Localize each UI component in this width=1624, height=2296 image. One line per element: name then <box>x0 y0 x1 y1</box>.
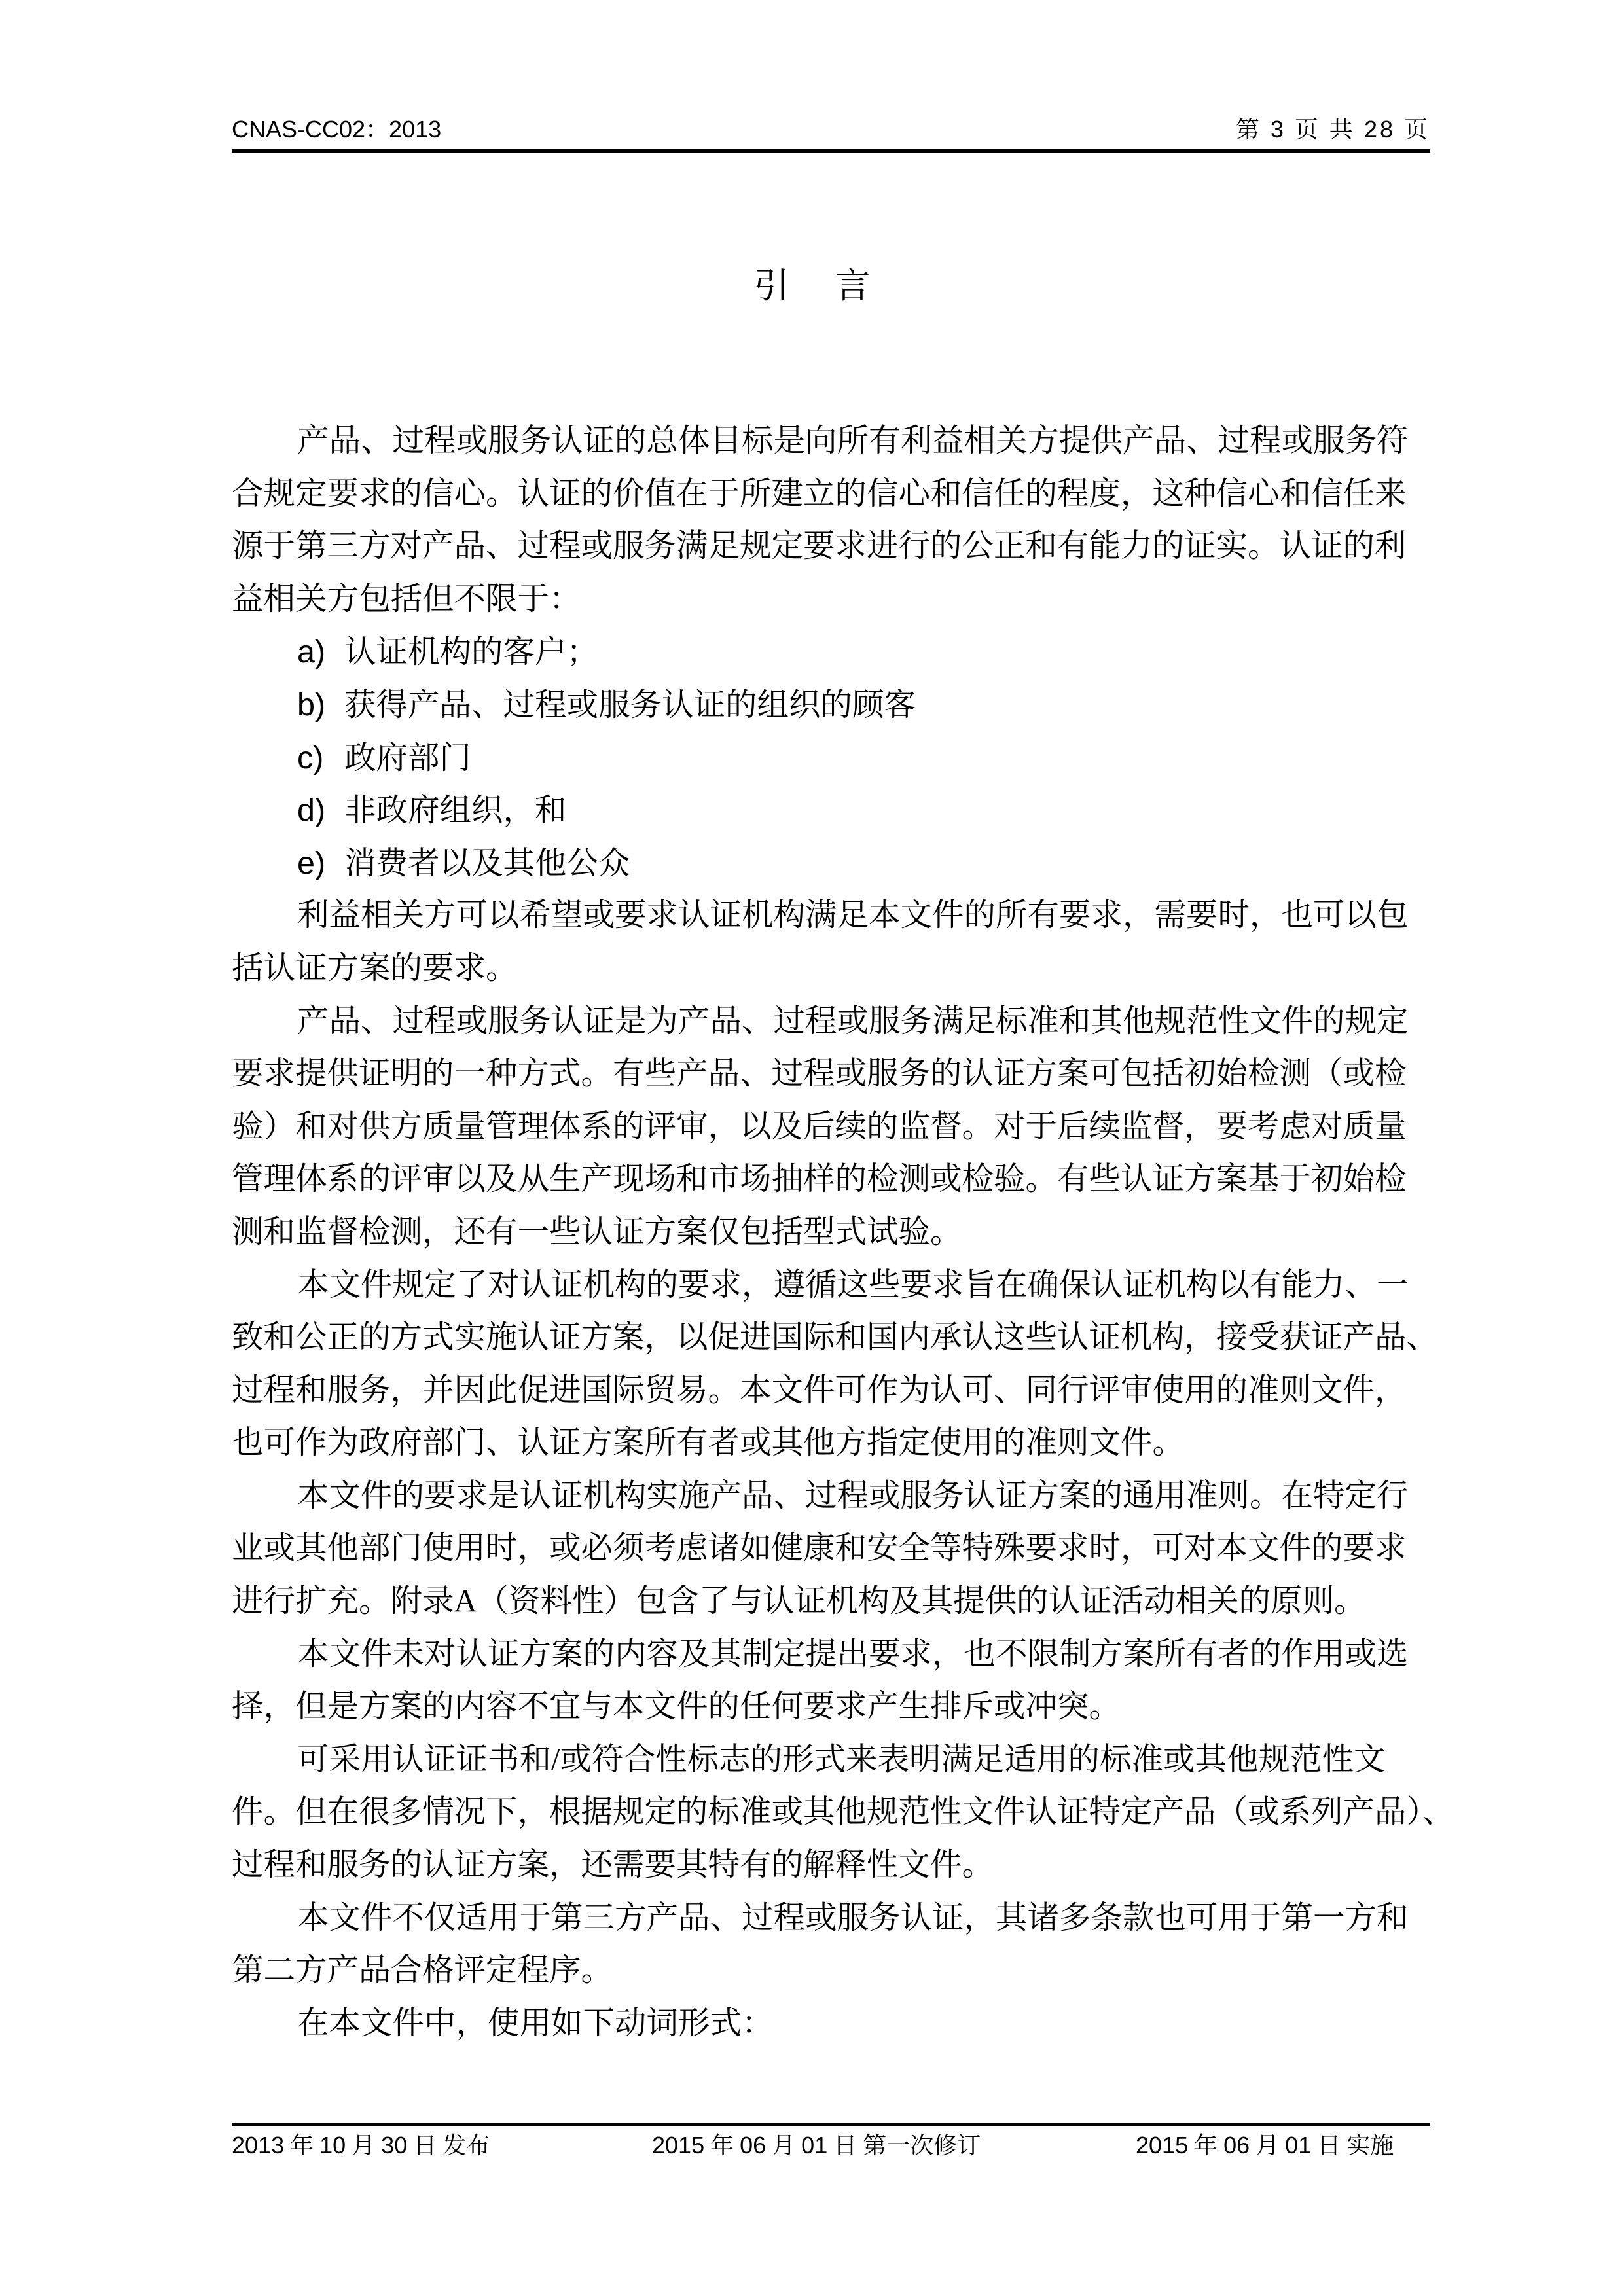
footer-issued-date: 2013 年 10 月 30 日 发布 <box>232 2130 490 2161</box>
text-line: 在本文件中，使用如下动词形式： <box>232 1998 1430 2051</box>
line-text: 进行扩充。附录A（资料性）包含了与认证机构及其提供的认证活动相关的原则。 <box>232 1584 1366 1619</box>
line-text: 产品、过程或服务认证的总体目标是向所有利益相关方提供产品、过程或服务符 <box>297 423 1409 458</box>
list-marker: a) <box>297 626 344 679</box>
header-rule <box>232 149 1430 153</box>
text-line: 利益相关方可以希望或要求认证机构满足本文件的所有要求，需要时，也可以包 <box>232 889 1430 942</box>
text-line: 第二方产品合格评定程序。 <box>232 1945 1430 1998</box>
text-line: 本文件不仅适用于第三方产品、过程或服务认证，其诸多条款也可用于第一方和 <box>232 1892 1430 1945</box>
page-mid: 页 共 <box>1295 117 1356 143</box>
text-line: 可采用认证证书和/或符合性标志的形式来表明满足适用的标准或其他规范性文 <box>232 1734 1430 1787</box>
line-text: 本文件未对认证方案的内容及其制定提出要求，也不限制方案所有者的作用或选 <box>297 1637 1409 1672</box>
line-text: 本文件不仅适用于第三方产品、过程或服务认证，其诸多条款也可用于第一方和 <box>297 1901 1409 1935</box>
line-text: 验）和对供方质量管理体系的评审，以及后续的监督。对于后续监督，要考虑对质量 <box>232 1109 1407 1144</box>
text-line: 过程和服务的认证方案，还需要其特有的解释性文件。 <box>232 1839 1430 1892</box>
line-text: 非政府组织，和 <box>344 793 567 828</box>
text-line: 本文件规定了对认证机构的要求，遵循这些要求旨在确保认证机构以有能力、一 <box>232 1259 1430 1312</box>
text-line: 也可作为政府部门、认证方案所有者或其他方指定使用的准则文件。 <box>232 1417 1430 1470</box>
footer-effective-date: 2015 年 06 月 01 日 实施 <box>1136 2130 1394 2161</box>
footer-issued-label: 发布 <box>442 2132 490 2159</box>
document-code: CNAS-CC02：2013 <box>232 115 441 144</box>
text-line: 管理体系的评审以及从生产现场和市场抽样的检测或检验。有些认证方案基于初始检 <box>232 1153 1430 1206</box>
line-text: 本文件规定了对认证机构的要求，遵循这些要求旨在确保认证机构以有能力、一 <box>297 1268 1409 1302</box>
line-text: 管理体系的评审以及从生产现场和市场抽样的检测或检验。有些认证方案基于初始检 <box>232 1162 1407 1196</box>
line-text: 源于第三方对产品、过程或服务满足规定要求进行的公正和有能力的证实。认证的利 <box>232 529 1407 564</box>
text-line: 本文件未对认证方案的内容及其制定提出要求，也不限制方案所有者的作用或选 <box>232 1628 1430 1681</box>
line-text: 产品、过程或服务认证是为产品、过程或服务满足标准和其他规范性文件的规定 <box>297 1004 1409 1039</box>
page-current: 3 <box>1271 116 1286 143</box>
line-text: 利益相关方可以希望或要求认证机构满足本文件的所有要求，需要时，也可以包 <box>297 898 1409 933</box>
body-text: 产品、过程或服务认证的总体目标是向所有利益相关方提供产品、过程或服务符合规定要求… <box>232 415 1430 2050</box>
line-text: 业或其他部门使用时，或必须考虑诸如健康和安全等特殊要求时，可对本文件的要求 <box>232 1531 1407 1566</box>
text-line: 择，但是方案的内容不宜与本文件的任何要求产生排斥或冲突。 <box>232 1681 1430 1734</box>
list-item: b)获得产品、过程或服务认证的组织的顾客 <box>232 679 1430 732</box>
text-line: 产品、过程或服务认证是为产品、过程或服务满足标准和其他规范性文件的规定 <box>232 996 1430 1049</box>
footer-effective-label: 实施 <box>1346 2132 1394 2159</box>
list-marker: e) <box>297 837 344 890</box>
list-marker: c) <box>297 732 344 785</box>
list-item: c)政府部门 <box>232 732 1430 785</box>
list-item: a)认证机构的客户； <box>232 626 1430 679</box>
footer-revised-label: 第一次修订 <box>863 2132 981 2159</box>
page-number: 第 3 页 共 28 页 <box>1236 115 1430 144</box>
page-suffix: 页 <box>1404 117 1430 143</box>
text-line: 本文件的要求是认证机构实施产品、过程或服务认证方案的通用准则。在特定行 <box>232 1470 1430 1523</box>
text-line: 验）和对供方质量管理体系的评审，以及后续的监督。对于后续监督，要考虑对质量 <box>232 1101 1430 1154</box>
title-char-1: 引 <box>754 265 789 307</box>
line-text: 过程和服务，并因此促进国际贸易。本文件可作为认可、同行评审使用的准则文件， <box>232 1373 1407 1408</box>
text-line: 进行扩充。附录A（资料性）包含了与认证机构及其提供的认证活动相关的原则。 <box>232 1575 1430 1628</box>
text-line: 源于第三方对产品、过程或服务满足规定要求进行的公正和有能力的证实。认证的利 <box>232 520 1430 573</box>
line-text: 要求提供证明的一种方式。有些产品、过程或服务的认证方案可包括初始检测（或检 <box>232 1056 1407 1091</box>
line-text: 也可作为政府部门、认证方案所有者或其他方指定使用的准则文件。 <box>232 1426 1184 1460</box>
list-marker: b) <box>297 679 344 732</box>
line-text: 测和监督检测，还有一些认证方案仅包括型式试验。 <box>232 1215 962 1249</box>
footer-rule <box>232 2123 1430 2126</box>
list-marker: d) <box>297 784 344 837</box>
text-line: 产品、过程或服务认证的总体目标是向所有利益相关方提供产品、过程或服务符 <box>232 415 1430 468</box>
document-page: CNAS-CC02：2013 第 3 页 共 28 页 引言 产品、过程或服务认… <box>0 0 1624 2296</box>
line-text: 益相关方包括但不限于： <box>232 582 581 617</box>
text-line: 要求提供证明的一种方式。有些产品、过程或服务的认证方案可包括初始检测（或检 <box>232 1048 1430 1101</box>
line-text: 消费者以及其他公众 <box>344 846 630 881</box>
line-text: 在本文件中，使用如下动词形式： <box>297 2006 774 2041</box>
text-line: 测和监督检测，还有一些认证方案仅包括型式试验。 <box>232 1206 1430 1259</box>
section-title: 引言 <box>0 265 1624 307</box>
line-text: 第二方产品合格评定程序。 <box>232 1953 613 1988</box>
line-text: 本文件的要求是认证机构实施产品、过程或服务认证方案的通用准则。在特定行 <box>297 1479 1409 1513</box>
text-line: 致和公正的方式实施认证方案，以促进国际和国内承认这些认证机构，接受获证产品、 <box>232 1312 1430 1365</box>
line-text: 过程和服务的认证方案，还需要其特有的解释性文件。 <box>232 1848 994 1882</box>
line-text: 合规定要求的信心。认证的价值在于所建立的信心和信任的程度，这种信心和信任来 <box>232 476 1407 511</box>
line-text: 择，但是方案的内容不宜与本文件的任何要求产生排斥或冲突。 <box>232 1689 1121 1724</box>
footer-revised-date: 2015 年 06 月 01 日 第一次修订 <box>652 2130 981 2161</box>
page-total: 28 <box>1364 116 1396 143</box>
text-line: 益相关方包括但不限于： <box>232 573 1430 626</box>
text-line: 括认证方案的要求。 <box>232 942 1430 996</box>
line-text: 政府部门 <box>344 741 471 776</box>
text-line: 过程和服务，并因此促进国际贸易。本文件可作为认可、同行评审使用的准则文件， <box>232 1365 1430 1418</box>
text-line: 合规定要求的信心。认证的价值在于所建立的信心和信任的程度，这种信心和信任来 <box>232 468 1430 521</box>
line-text: 致和公正的方式实施认证方案，以促进国际和国内承认这些认证机构，接受获证产品、 <box>232 1320 1438 1355</box>
line-text: 可采用认证证书和/或符合性标志的形式来表明满足适用的标准或其他规范性文 <box>297 1742 1385 1777</box>
list-item: e)消费者以及其他公众 <box>232 837 1430 890</box>
line-text: 件。但在很多情况下，根据规定的标准或其他规范性文件认证特定产品（或系列产品）、 <box>232 1795 1454 1829</box>
line-text: 括认证方案的要求。 <box>232 951 518 986</box>
line-text: 认证机构的客户； <box>344 635 598 670</box>
list-item: d)非政府组织，和 <box>232 784 1430 837</box>
text-line: 业或其他部门使用时，或必须考虑诸如健康和安全等特殊要求时，可对本文件的要求 <box>232 1522 1430 1575</box>
line-text: 获得产品、过程或服务认证的组织的顾客 <box>344 688 916 723</box>
page-prefix: 第 <box>1236 117 1262 143</box>
title-char-2: 言 <box>835 265 871 307</box>
text-line: 件。但在很多情况下，根据规定的标准或其他规范性文件认证特定产品（或系列产品）、 <box>232 1786 1430 1839</box>
